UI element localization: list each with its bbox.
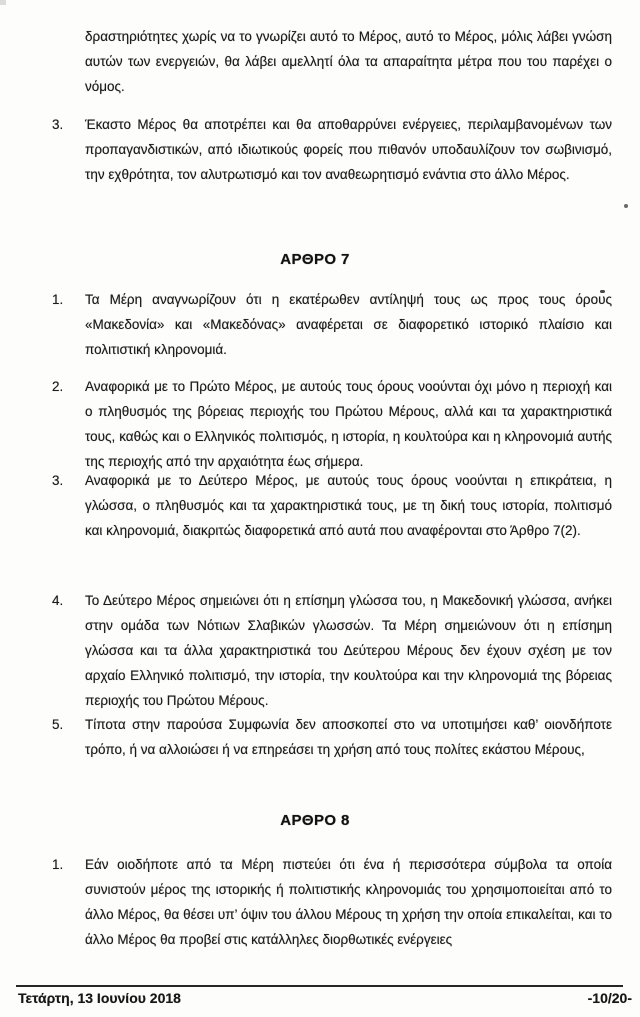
list-item: 4. Το Δεύτερο Μέρος σημειώνει ότι η επίσ… (52, 588, 612, 713)
list-item: 3. Έκαστο Μέρος θα αποτρέπει και θα αποθ… (52, 112, 612, 187)
item-text: Τα Μέρη αναγνωρίζουν ότι η εκατέρωθεν αν… (85, 287, 612, 362)
item-number: 3. (52, 112, 85, 187)
scan-artifact (0, 0, 6, 5)
item-number: 4. (52, 588, 85, 713)
footer-rule (16, 985, 623, 987)
footer: Τετάρτη, 13 Ιουνίου 2018 -10/20- (18, 990, 632, 1006)
document-page: δραστηριότητες χωρίς να το γνωρίζει αυτό… (0, 0, 640, 1017)
scan-artifact (624, 204, 628, 208)
list-item: 1. Τα Μέρη αναγνωρίζουν ότι η εκατέρωθεν… (52, 287, 612, 362)
article-8-heading: ΑΡΘΡΟ 8 (85, 812, 545, 829)
item-text: Εάν οιοδήποτε από τα Μέρη πιστεύει ότι έ… (85, 852, 612, 952)
article-7-heading: ΑΡΘΡΟ 7 (85, 251, 545, 268)
item-text: Τίποτα στην παρούσα Συμφωνία δεν αποσκοπ… (85, 712, 612, 762)
item-number: 2. (52, 374, 85, 474)
item-number: 1. (52, 287, 85, 362)
footer-date: Τετάρτη, 13 Ιουνίου 2018 (18, 990, 181, 1006)
list-item: 5. Τίποτα στην παρούσα Συμφωνία δεν αποσ… (52, 712, 612, 762)
item-number: 3. (52, 468, 85, 543)
footer-page-number: -10/20- (588, 990, 632, 1006)
item-number: 1. (52, 852, 85, 952)
item-text: Το Δεύτερο Μέρος σημειώνει ότι η επίσημη… (85, 588, 612, 713)
list-item: 1. Εάν οιοδήποτε από τα Μέρη πιστεύει ότ… (52, 852, 612, 952)
list-item: 2. Αναφορικά με το Πρώτο Μέρος, με αυτού… (52, 374, 612, 474)
item-text: Έκαστο Μέρος θα αποτρέπει και θα αποθαρρ… (85, 112, 612, 187)
list-item: 3. Αναφορικά με το Δεύτερο Μέρος, με αυτ… (52, 468, 612, 543)
item-text: Αναφορικά με το Δεύτερο Μέρος, με αυτούς… (85, 468, 612, 543)
paragraph-continuation: δραστηριότητες χωρίς να το γνωρίζει αυτό… (85, 24, 612, 99)
item-number: 5. (52, 712, 85, 762)
item-text: Αναφορικά με το Πρώτο Μέρος, με αυτούς τ… (85, 374, 612, 474)
